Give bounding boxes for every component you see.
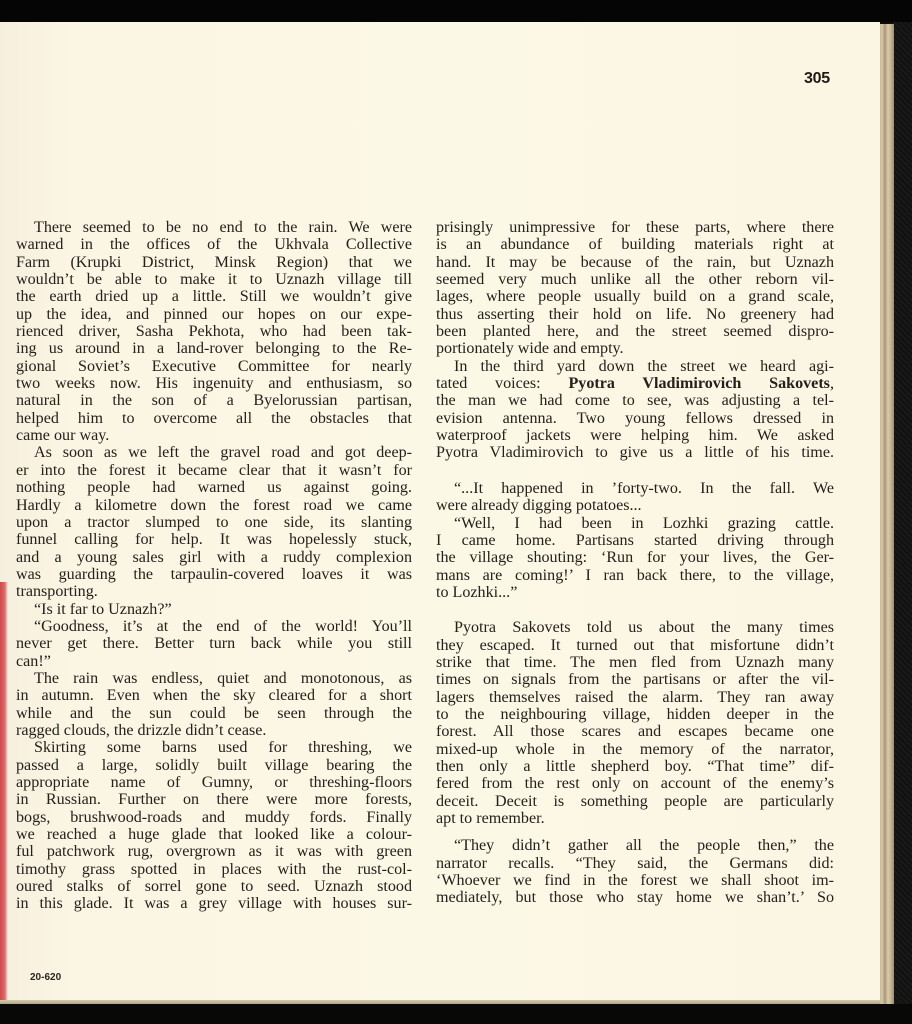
- text-fragment: ,: [830, 375, 834, 392]
- text-line: “Goodness, it’s at the end of the world!…: [16, 618, 412, 635]
- text-line: Farm (Krupki District, Minsk Region) tha…: [16, 254, 412, 271]
- text-line: “...It happened in ’forty-two. In the fa…: [436, 480, 834, 497]
- text-line: in Russian. Further on there were more f…: [16, 791, 412, 808]
- text-line: forest. All those scares and escapes bec…: [436, 723, 834, 740]
- paragraph-gap: [436, 601, 834, 619]
- text-line: and a young sales girl with a ruddy comp…: [16, 549, 412, 566]
- text-line: been planted here, and the street seemed…: [436, 323, 834, 340]
- scan-bottom-border: [0, 1004, 912, 1024]
- text-line: Pyotra Sakovets told us about the many t…: [436, 619, 834, 636]
- text-line: ful patchwork rug, overgrown as it was w…: [16, 843, 412, 860]
- text-line: warned in the offices of the Ukhvala Col…: [16, 236, 412, 253]
- text-line: lages, where people usually build on a g…: [436, 288, 834, 305]
- text-line: hand. It may be because of the rain, but…: [436, 254, 834, 271]
- text-line: were already digging potatoes...: [436, 497, 834, 514]
- text-line: mans are coming!’ I ran back there, to t…: [436, 567, 834, 584]
- text-line: mixed-up whole in the memory of the narr…: [436, 741, 834, 758]
- text-line: lagers themselves raised the alarm. They…: [436, 689, 834, 706]
- text-line: passed a large, solidly built village be…: [16, 757, 412, 774]
- text-line: narrator recalls. “They said, the German…: [436, 855, 834, 872]
- text-line: wouldn’t be able to make it to Uznazh vi…: [16, 271, 412, 288]
- text-line: er into the forest it became clear that …: [16, 462, 412, 479]
- page-number: 305: [804, 70, 830, 88]
- text-line: the man we had come to see, was adjustin…: [436, 392, 834, 409]
- text-line: bogs, brushwood-roads and muddy fords. F…: [16, 809, 412, 826]
- paragraph-gap: [436, 827, 834, 837]
- text-line: to Lozhki...”: [436, 584, 834, 601]
- text-line: I came home. Partisans started driving t…: [436, 532, 834, 549]
- text-line: ‘Whoever we find in the forest we shall …: [436, 872, 834, 889]
- text-line: Pyotra Vladimirovich to give us a little…: [436, 444, 834, 461]
- text-line: up the idea, and pinned our hopes on our…: [16, 306, 412, 323]
- text-line: timothy grass spotted in places with the…: [16, 861, 412, 878]
- text-line: deceit. Deceit is something people are p…: [436, 793, 834, 810]
- text-line: Skirting some barns used for threshing, …: [16, 739, 412, 756]
- text-line: came our way.: [16, 427, 412, 444]
- text-line: waterproof jackets were helping him. We …: [436, 427, 834, 444]
- text-line: in autumn. Even when the sky cleared for…: [16, 687, 412, 704]
- text-line: There seemed to be no end to the rain. W…: [16, 219, 412, 236]
- text-line: was guarding the tarpaulin-covered loave…: [16, 566, 412, 583]
- text-line: “Well, I had been in Lozhki grazing catt…: [436, 515, 834, 532]
- text-line: seemed very much unlike all the other re…: [436, 271, 834, 288]
- text-line: can!”: [16, 653, 412, 670]
- scan-top-border: [0, 0, 912, 22]
- text-line: nothing people had warned us against goi…: [16, 479, 412, 496]
- signature-mark: 20-620: [30, 972, 61, 983]
- text-line: Hardly a kilometre down the forest road …: [16, 497, 412, 514]
- text-line: As soon as we left the gravel road and g…: [16, 444, 412, 461]
- text-line: appropriate name of Gumny, or threshing-…: [16, 774, 412, 791]
- text-line: oured stalks of sorrel gone to seed. Uzn…: [16, 878, 412, 895]
- text-line: helped him to overcome all the obstacles…: [16, 410, 412, 427]
- text-line: rienced driver, Sasha Pekhota, who had b…: [16, 323, 412, 340]
- text-line: ragged clouds, the drizzle didn’t cease.: [16, 722, 412, 739]
- text-line: the earth dried up a little. Still we wo…: [16, 288, 412, 305]
- text-line: “Is it far to Uznazh?”: [16, 601, 412, 618]
- paragraph-gap: [436, 462, 834, 480]
- text-line: ing us around in a land-rover belonging …: [16, 340, 412, 357]
- text-line: they escaped. It turned out that misfort…: [436, 637, 834, 654]
- text-line-with-name: tated voices: Pyotra Vladimirovich Sakov…: [436, 375, 834, 392]
- text-line: two weeks now. His ingenuity and enthusi…: [16, 375, 412, 392]
- text-line: prisingly unimpressive for these parts, …: [436, 219, 834, 236]
- text-line: mediately, but those who stay home we sh…: [436, 889, 834, 906]
- text-line: thus asserting their hold on life. No gr…: [436, 306, 834, 323]
- text-line: strike that time. The men fled from Uzna…: [436, 654, 834, 671]
- bold-person-name: Pyotra Vladimirovich Sakovets: [568, 375, 830, 392]
- text-line: In the third yard down the street we hea…: [436, 358, 834, 375]
- text-line: while and the sun could be seen through …: [16, 705, 412, 722]
- text-line: The rain was endless, quiet and monotono…: [16, 670, 412, 687]
- text-line: portionately wide and empty.: [436, 340, 834, 357]
- red-edge-stain: [0, 582, 8, 1022]
- text-line: then only a little shepherd boy. “That t…: [436, 758, 834, 775]
- text-line: the village shouting: ‘Run for your live…: [436, 549, 834, 566]
- text-line: funnel calling for help. It was hopeless…: [16, 531, 412, 548]
- text-line: is an abundance of building materials ri…: [436, 236, 834, 253]
- left-text-column: There seemed to be no end to the rain. W…: [16, 219, 412, 913]
- book-cover-edge: [893, 22, 912, 1007]
- text-line: times on signals from the partisans or a…: [436, 671, 834, 688]
- text-line: upon a tractor slumped to one side, its …: [16, 514, 412, 531]
- text-line: apt to remember.: [436, 810, 834, 827]
- text-fragment: tated voices:: [436, 375, 568, 392]
- text-line: in this glade. It was a grey village wit…: [16, 895, 412, 912]
- text-line: transporting.: [16, 583, 412, 600]
- text-line: fered from the rest only on account of t…: [436, 775, 834, 792]
- right-text-column: prisingly unimpressive for these parts, …: [436, 219, 834, 907]
- text-line: “They didn’t gather all the people then,…: [436, 837, 834, 854]
- text-line: never get there. Better turn back while …: [16, 635, 412, 652]
- text-line: gional Soviet’s Executive Committee for …: [16, 358, 412, 375]
- text-line: we reached a huge glade that looked like…: [16, 826, 412, 843]
- text-line: natural in the son of a Byelorussian par…: [16, 392, 412, 409]
- text-line: to the neighbouring village, hidden deep…: [436, 706, 834, 723]
- text-line: evision antenna. Two young fellows dress…: [436, 410, 834, 427]
